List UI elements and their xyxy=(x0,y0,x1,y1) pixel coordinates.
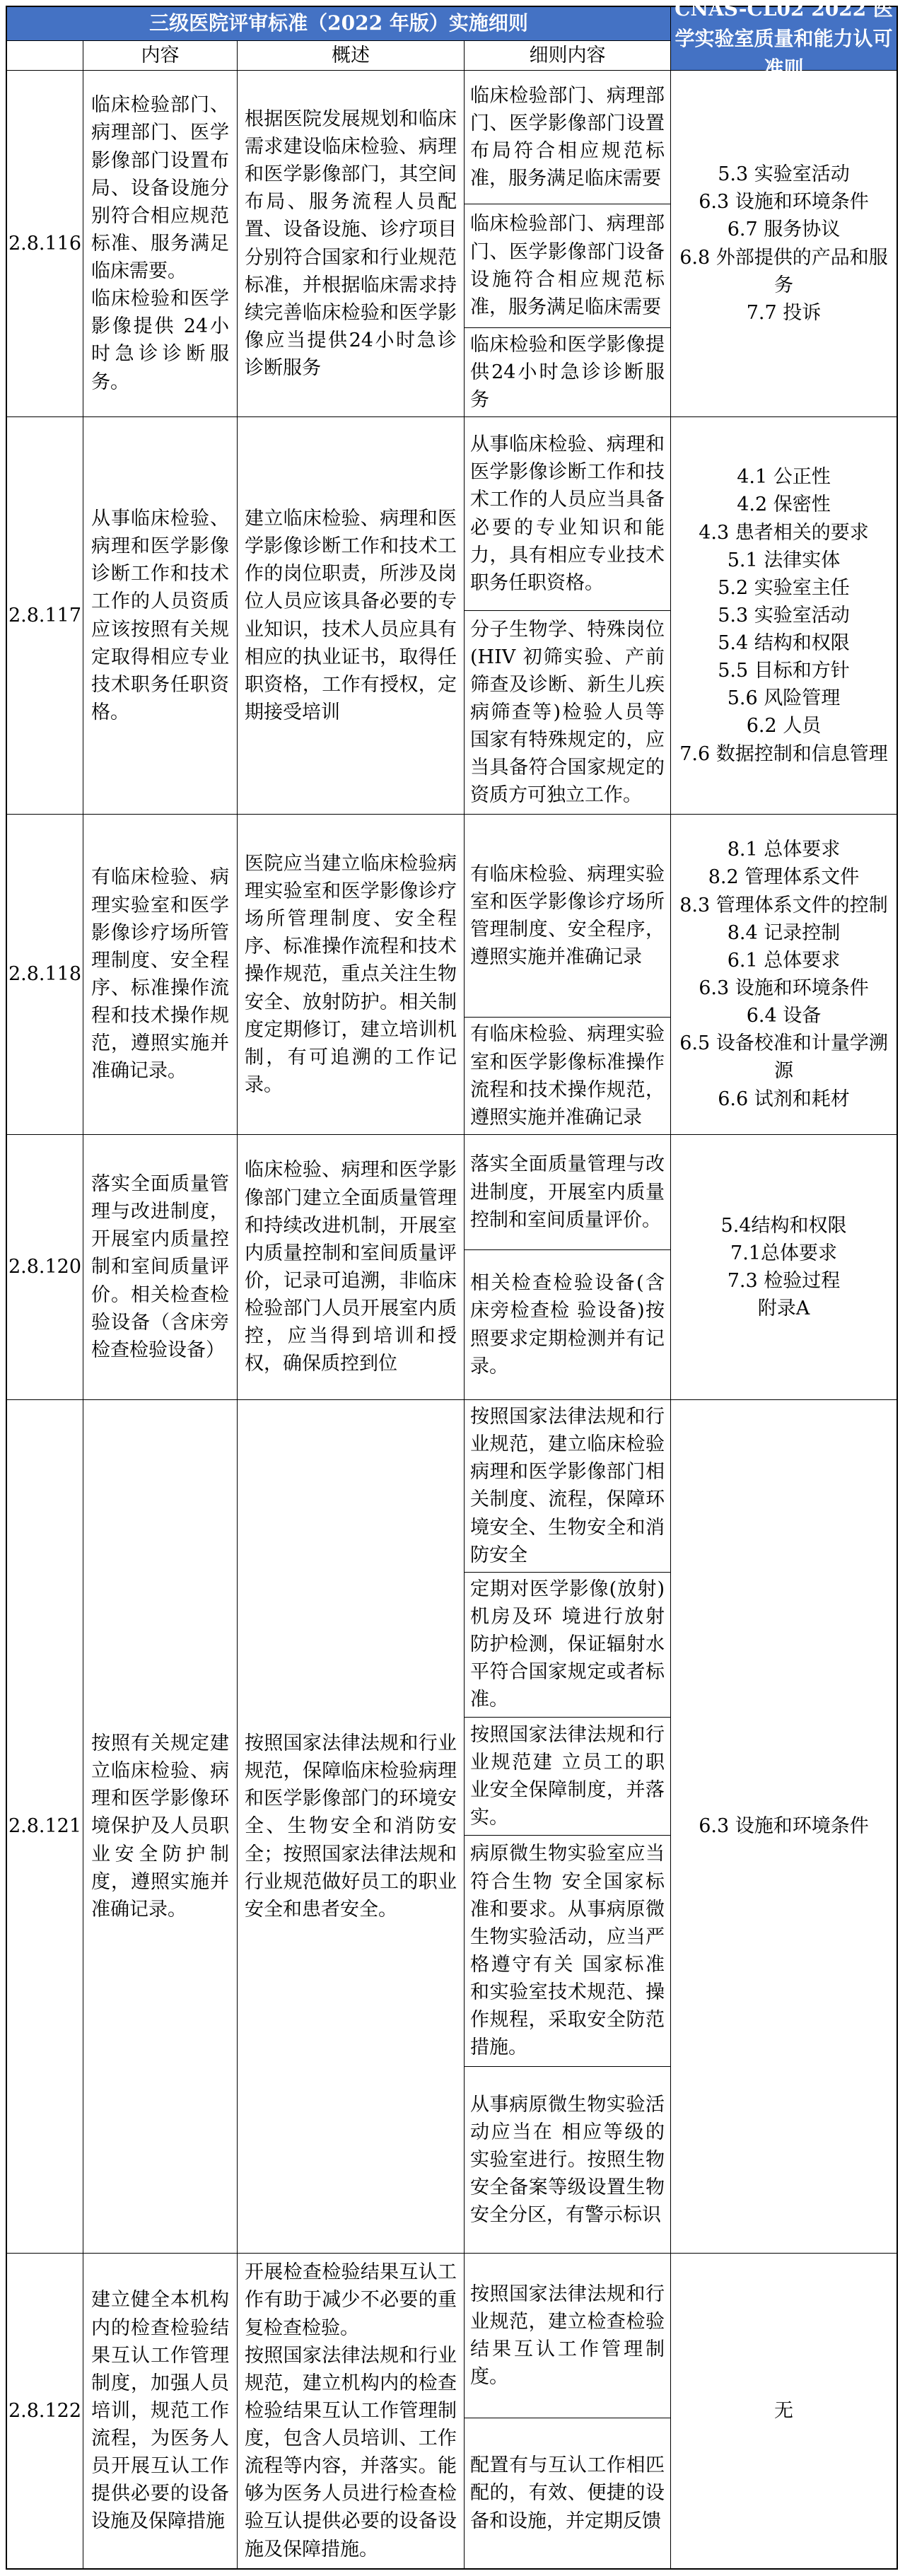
detail-text: 临床检验和医学影像提供24小时急诊诊断服务 xyxy=(470,331,665,414)
column-header-details: 细则内容 xyxy=(465,41,670,70)
cnas-clause: 6.5 设备校准和计量学溯源 xyxy=(675,1030,892,1085)
paragraph: 临床检验部门、病理部门、医学影像部门设置布局、设备设施分别符合相应规范标准、服务… xyxy=(91,91,229,285)
detail-sub-cell: 临床检验和医学影像提供24小时急诊诊断服务 xyxy=(465,328,670,416)
paragraph: 按照有关规定建立临床检验、病理和医学影像环境保护及人员职业安全防护制度，遵照实施… xyxy=(91,1730,229,1923)
cnas-clause: 5.4结构和权限 xyxy=(675,1212,892,1240)
details-cell: 有临床检验、病理实验室和医学影像诊疗场所管理制度、安全程序，遵照实施并准确记录有… xyxy=(465,815,671,1134)
cnas-cell: 无 xyxy=(671,2254,897,2568)
cnas-clause: 6.4 设备 xyxy=(675,1002,892,1030)
right-title: CNAS-CL02 2022 医学实验室质量和能力认可准则 xyxy=(671,7,897,70)
content-cell: 从事临床检验、病理和医学影像诊断工作和技术工作的人员资质应该按照有关规定取得相应… xyxy=(83,417,238,814)
paragraph: 临床检验和医学影像提供 24小时急诊诊断服务。 xyxy=(91,285,229,396)
overview-cell: 根据医院发展规划和临床需求建设临床检验、病理和医学影像部门，其空间布局、服务流程… xyxy=(238,71,465,416)
table-row: 2.8.122建立健全本机构内的检查检验结果互认工作管理制度，加强人员培训，规范… xyxy=(7,2254,897,2568)
detail-text: 分子生物学、特殊岗位(HIV 初筛实验、产前筛查及诊断、新生儿疾病筛查等)检验人… xyxy=(470,616,665,810)
detail-sub-cell: 按照国家法律法规和行业规范，建立临床检验病理和医学影像部门相关制度、流程，保障环… xyxy=(465,1400,670,1573)
cnas-clause: 6.1 总体要求 xyxy=(675,947,892,974)
content-cell: 临床检验部门、病理部门、医学影像部门设置布局、设备设施分别符合相应规范标准、服务… xyxy=(83,71,238,416)
content-cell: 按照有关规定建立临床检验、病理和医学影像环境保护及人员职业安全防护制度，遵照实施… xyxy=(83,1400,238,2253)
details-cell: 临床检验部门、病理部门、医学影像部门设置布局符合相应规范标准，服务满足临床需要临… xyxy=(465,71,671,416)
cnas-clause: 5.3 实验室活动 xyxy=(675,161,892,188)
table-body: 2.8.116临床检验部门、病理部门、医学影像部门设置布局、设备设施分别符合相应… xyxy=(7,71,897,2568)
cnas-clause: 4.1 公正性 xyxy=(675,463,892,491)
paragraph: 医院应当建立临床检验病理实验室和医学影像诊疗场所管理制度、安全程序、标准操作流程… xyxy=(245,850,457,1099)
cnas-cell: 4.1 公正性4.2 保密性4.3 患者相关的要求5.1 法律实体5.2 实验室… xyxy=(671,417,897,814)
detail-text: 配置有与互认工作相匹配的，有效、便捷的设备和设施，并定期反馈 xyxy=(470,2452,665,2534)
cnas-clause: 5.1 法律实体 xyxy=(675,547,892,574)
detail-sub-cell: 分子生物学、特殊岗位(HIV 初筛实验、产前筛查及诊断、新生儿疾病筛查等)检验人… xyxy=(465,611,670,814)
table-row: 2.8.116临床检验部门、病理部门、医学影像部门设置布局、设备设施分别符合相应… xyxy=(7,71,897,417)
detail-text: 相关检查检验设备(含床旁检查检 验设备)按照要求定期检测并有记录。 xyxy=(470,1269,665,1380)
row-id: 2.8.122 xyxy=(7,2254,83,2568)
cnas-clause: 4.2 保密性 xyxy=(675,491,892,518)
column-header-content: 内容 xyxy=(83,41,238,70)
cnas-clause: 5.5 目标和方针 xyxy=(675,657,892,684)
cnas-cell: 8.1 总体要求8.2 管理体系文件8.3 管理体系文件的控制8.4 记录控制6… xyxy=(671,815,897,1134)
overview-cell: 医院应当建立临床检验病理实验室和医学影像诊疗场所管理制度、安全程序、标准操作流程… xyxy=(238,815,465,1134)
detail-text: 按照国家法律法规和行业规范，建立检查检验结果互认工作管理制度。 xyxy=(470,2280,665,2391)
detail-sub-cell: 落实全面质量管理与改进制度，开展室内质量控制和室间质量评价。 xyxy=(465,1135,670,1250)
cnas-clause: 4.3 患者相关的要求 xyxy=(675,519,892,547)
row-id: 2.8.120 xyxy=(7,1135,83,1399)
cnas-clause: 5.2 实验室主任 xyxy=(675,574,892,602)
details-cell: 从事临床检验、病理和医学影像诊断工作和技术工作的人员应当具备必要的专业知识和能力… xyxy=(465,417,671,814)
paragraph: 建立临床检验、病理和医学影像诊断工作和技术工作的岗位职责，所涉及岗位人员应该具备… xyxy=(245,505,457,726)
cnas-clause: 5.4 结构和权限 xyxy=(675,629,892,657)
cnas-clause: 5.6 风险管理 xyxy=(675,684,892,712)
paragraph: 落实全面质量管理与改进制度，开展室内质量控制和室间质量评价。相关检查检验设备（含… xyxy=(91,1170,229,1364)
row-id: 2.8.118 xyxy=(7,815,83,1134)
cnas-clause: 5.3 实验室活动 xyxy=(675,602,892,629)
detail-text: 落实全面质量管理与改进制度，开展室内质量控制和室间质量评价。 xyxy=(470,1150,665,1233)
column-header-overview: 概述 xyxy=(238,41,465,70)
detail-text: 从事临床检验、病理和医学影像诊断工作和技术工作的人员应当具备必要的专业知识和能力… xyxy=(470,431,665,597)
cnas-clause: 7.7 投诉 xyxy=(675,299,892,327)
column-headers: 内容 概述 细则内容 xyxy=(7,41,670,70)
row-id: 2.8.116 xyxy=(7,71,83,416)
table-row: 2.8.120落实全面质量管理与改进制度，开展室内质量控制和室间质量评价。相关检… xyxy=(7,1135,897,1400)
detail-sub-cell: 有临床检验、病理实验室和医学影像诊疗场所管理制度、安全程序，遵照实施并准确记录 xyxy=(465,815,670,1018)
detail-sub-cell: 病原微生物实验室应当符合生物 安全国家标准和要求。从事病原微生物实验活动，应当严… xyxy=(465,1836,670,2067)
paragraph: 建立健全本机构内的检查检验结果互认工作管理制度，加强人员培训，规范工作流程，为医… xyxy=(91,2286,229,2535)
cnas-clause: 7.1总体要求 xyxy=(675,1240,892,1267)
detail-sub-cell: 相关检查检验设备(含床旁检查检 验设备)按照要求定期检测并有记录。 xyxy=(465,1250,670,1399)
detail-sub-cell: 配置有与互认工作相匹配的，有效、便捷的设备和设施，并定期反馈 xyxy=(465,2418,670,2568)
overview-cell: 建立临床检验、病理和医学影像诊断工作和技术工作的岗位职责，所涉及岗位人员应该具备… xyxy=(238,417,465,814)
content-cell: 落实全面质量管理与改进制度，开展室内质量控制和室间质量评价。相关检查检验设备（含… xyxy=(83,1135,238,1399)
detail-text: 临床检验部门、病理部门、医学影像部门设置布局符合相应规范标准，服务满足临床需要 xyxy=(470,82,665,193)
paragraph: 临床检验、病理和医学影像部门建立全面质量管理和持续改进机制，开展室内质量控制和室… xyxy=(245,1156,457,1377)
detail-sub-cell: 临床检验部门、病理部门、医学影像部门设备设施符合相应规范标准，服务满足临床需要 xyxy=(465,204,670,328)
row-id: 2.8.121 xyxy=(7,1400,83,2253)
detail-text: 有临床检验、病理实验室和医学影像诊疗场所管理制度、安全程序，遵照实施并准确记录 xyxy=(470,861,665,972)
details-cell: 落实全面质量管理与改进制度，开展室内质量控制和室间质量评价。相关检查检验设备(含… xyxy=(465,1135,671,1399)
paragraph: 按照国家法律法规和行业规范，建立机构内的检查检验结果互认工作管理制度，包含人员培… xyxy=(245,2342,457,2563)
detail-sub-cell: 从事临床检验、病理和医学影像诊断工作和技术工作的人员应当具备必要的专业知识和能力… xyxy=(465,417,670,611)
detail-text: 按照国家法律法规和行业规范建 立员工的职业安全保障制度，并落实。 xyxy=(470,1721,665,1832)
cnas-cell: 5.4结构和权限7.1总体要求7.3 检验过程附录A xyxy=(671,1135,897,1399)
detail-text: 病原微生物实验室应当符合生物 安全国家标准和要求。从事病原微生物实验活动，应当严… xyxy=(470,1840,665,2061)
cnas-clause: 6.6 试剂和耗材 xyxy=(675,1085,892,1113)
paragraph: 根据医院发展规划和临床需求建设临床检验、病理和医学影像部门，其空间布局、服务流程… xyxy=(245,105,457,382)
table-row: 2.8.117从事临床检验、病理和医学影像诊断工作和技术工作的人员资质应该按照有… xyxy=(7,417,897,815)
cnas-clause: 8.4 记录控制 xyxy=(675,919,892,947)
row-id: 2.8.117 xyxy=(7,417,83,814)
detail-sub-cell: 按照国家法律法规和行业规范建 立员工的职业安全保障制度，并落实。 xyxy=(465,1718,670,1836)
standards-mapping-table: 三级医院评审标准（2022 年版）实施细则 内容 概述 细则内容 CNAS-CL… xyxy=(6,6,898,2570)
cnas-clause: 6.3 设施和环境条件 xyxy=(675,1812,892,1840)
overview-cell: 临床检验、病理和医学影像部门建立全面质量管理和持续改进机制，开展室内质量控制和室… xyxy=(238,1135,465,1399)
detail-sub-cell: 定期对医学影像(放射)机房及环 境进行放射防护检测，保证辐射水平符合国家规定或者… xyxy=(465,1573,670,1718)
cnas-clause: 8.2 管理体系文件 xyxy=(675,863,892,891)
detail-sub-cell: 有临床检验、病理实验室和医学影像标准操作流程和技术操作规范，遵照实施并准确记录 xyxy=(465,1018,670,1134)
cnas-clause: 7.6 数据控制和信息管理 xyxy=(675,740,892,768)
cnas-clause: 附录A xyxy=(675,1295,892,1322)
detail-text: 有临床检验、病理实验室和医学影像标准操作流程和技术操作规范，遵照实施并准确记录 xyxy=(470,1020,665,1131)
cnas-clause: 8.1 总体要求 xyxy=(675,836,892,863)
paragraph: 有临床检验、病理实验室和医学影像诊疗场所管理制度、安全程序、标准操作流程和技术操… xyxy=(91,863,229,1085)
cnas-clause: 7.3 检验过程 xyxy=(675,1267,892,1295)
table-header: 三级医院评审标准（2022 年版）实施细则 内容 概述 细则内容 CNAS-CL… xyxy=(7,7,897,71)
detail-text: 临床检验部门、病理部门、医学影像部门设备设施符合相应规范标准，服务满足临床需要 xyxy=(470,210,665,321)
detail-text: 定期对医学影像(放射)机房及环 境进行放射防护检测，保证辐射水平符合国家规定或者… xyxy=(470,1575,665,1714)
left-title: 三级医院评审标准（2022 年版）实施细则 xyxy=(7,7,670,41)
detail-sub-cell: 按照国家法律法规和行业规范，建立检查检验结果互认工作管理制度。 xyxy=(465,2254,670,2418)
cnas-clause: 6.3 设施和环境条件 xyxy=(675,974,892,1002)
cnas-cell: 5.3 实验室活动6.3 设施和环境条件6.7 服务协议6.8 外部提供的产品和… xyxy=(671,71,897,416)
cnas-clause: 6.2 人员 xyxy=(675,712,892,740)
cnas-clause: 6.7 服务协议 xyxy=(675,216,892,243)
content-cell: 建立健全本机构内的检查检验结果互认工作管理制度，加强人员培训，规范工作流程，为医… xyxy=(83,2254,238,2568)
cnas-clause: 无 xyxy=(675,2397,892,2425)
cnas-clause: 8.3 管理体系文件的控制 xyxy=(675,892,892,919)
paragraph: 按照国家法律法规和行业规范，保障临床检验病理和医学影像部门的环境安全、生物安全和… xyxy=(245,1730,457,1923)
header-left-group: 三级医院评审标准（2022 年版）实施细则 内容 概述 细则内容 xyxy=(7,7,671,70)
table-row: 2.8.121按照有关规定建立临床检验、病理和医学影像环境保护及人员职业安全防护… xyxy=(7,1400,897,2254)
cnas-clause: 6.8 外部提供的产品和服务 xyxy=(675,244,892,299)
column-header-id xyxy=(7,41,83,70)
detail-text: 按照国家法律法规和行业规范，建立临床检验病理和医学影像部门相关制度、流程，保障环… xyxy=(470,1403,665,1569)
paragraph: 从事临床检验、病理和医学影像诊断工作和技术工作的人员资质应该按照有关规定取得相应… xyxy=(91,505,229,726)
cnas-clause: 6.3 设施和环境条件 xyxy=(675,188,892,216)
paragraph: 开展检查检验结果互认工作有助于减少不必要的重复检查检验。 xyxy=(245,2259,457,2341)
details-cell: 按照国家法律法规和行业规范，建立临床检验病理和医学影像部门相关制度、流程，保障环… xyxy=(465,1400,671,2253)
overview-cell: 开展检查检验结果互认工作有助于减少不必要的重复检查检验。按照国家法律法规和行业规… xyxy=(238,2254,465,2568)
detail-sub-cell: 临床检验部门、病理部门、医学影像部门设置布局符合相应规范标准，服务满足临床需要 xyxy=(465,71,670,204)
content-cell: 有临床检验、病理实验室和医学影像诊疗场所管理制度、安全程序、标准操作流程和技术操… xyxy=(83,815,238,1134)
table-row: 2.8.118有临床检验、病理实验室和医学影像诊疗场所管理制度、安全程序、标准操… xyxy=(7,815,897,1135)
overview-cell: 按照国家法律法规和行业规范，保障临床检验病理和医学影像部门的环境安全、生物安全和… xyxy=(238,1400,465,2253)
detail-sub-cell: 从事病原微生物实验活动应当在 相应等级的实验室进行。按照生物安全备案等级设置生物… xyxy=(465,2067,670,2253)
details-cell: 按照国家法律法规和行业规范，建立检查检验结果互认工作管理制度。配置有与互认工作相… xyxy=(465,2254,671,2568)
detail-text: 从事病原微生物实验活动应当在 相应等级的实验室进行。按照生物安全备案等级设置生物… xyxy=(470,2091,665,2230)
cnas-cell: 6.3 设施和环境条件 xyxy=(671,1400,897,2253)
